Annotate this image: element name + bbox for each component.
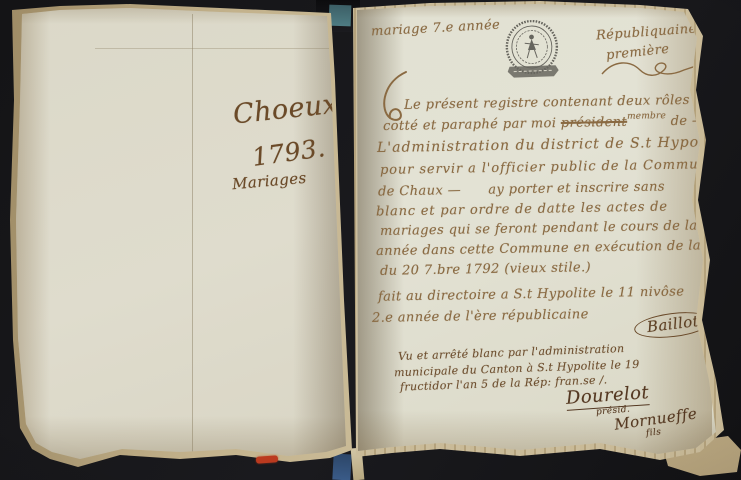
body-line: de Chaux — ay porter et inscrire sans xyxy=(378,179,665,199)
binding-tape xyxy=(332,454,351,480)
inserted-word: membre xyxy=(627,111,666,122)
body-line: Le présent registre contenant deux rôles… xyxy=(404,92,729,113)
left-page-fold-crease xyxy=(192,14,193,452)
body-line: blanc et par ordre de datte les actes de xyxy=(376,199,668,219)
body-line: mariages qui se feront pendant le cours … xyxy=(380,218,725,239)
body-line: cotté et paraphé par moi présidentmembre… xyxy=(383,113,732,134)
paraph-flourish xyxy=(600,58,704,84)
left-page-title: Choeux xyxy=(232,89,340,131)
header-annotation-republicaine: Républiquaine xyxy=(596,22,697,44)
signature-mornueffe-suffix: fils xyxy=(646,427,662,439)
bookmark-ribbon xyxy=(329,5,352,27)
header-annotation-mariage: mariage 7.e année xyxy=(371,18,501,40)
body-line: année dans cette Commune en exécution de… xyxy=(376,238,726,259)
left-page-crease xyxy=(95,48,330,49)
right-page-top-shading xyxy=(356,2,686,18)
body-line: L'administration du district de S.t Hypo… xyxy=(377,134,726,156)
struck-word: président xyxy=(561,115,628,131)
body-line: pour servir a l'officier public de la Co… xyxy=(380,157,717,178)
body-line-part: cotté et paraphé par moi xyxy=(383,116,561,134)
red-wax-mark xyxy=(256,455,278,464)
left-page-year: 1793. xyxy=(250,133,327,172)
body-line: 2.e année de l'ère républicaine xyxy=(372,307,589,326)
left-page-gutter-shading xyxy=(293,8,350,458)
scanned-register-spread: Choeux 1793. Mariages mariage 7.e année … xyxy=(0,0,741,480)
body-line: du 20 7.bre 1792 (vieux stile.) xyxy=(380,260,591,279)
fiscal-stamp-icon xyxy=(504,19,560,83)
left-page-subtitle: Mariages xyxy=(231,169,307,193)
body-line: fait au directoire a S.t Hypolite le 11 … xyxy=(378,284,685,304)
